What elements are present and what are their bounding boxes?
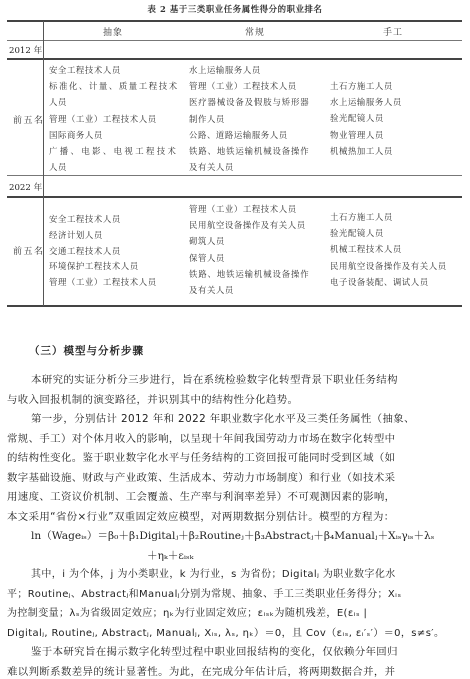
text-line: 鉴于本研究旨在揭示数字化转型过程中职业回报结构的变化，仅依赖分年回归 — [7, 643, 463, 663]
text-line: 本研究的实证分析分三步进行，旨在系统检验数字化转型背景下职业任务结构 — [7, 371, 463, 391]
text-line: 其中，i 为个体，j 为小类职业，k 为行业，s 为省份；Digitalⱼ 为职… — [7, 565, 463, 585]
list-item: 安全工程技术人员 — [49, 212, 157, 228]
text-line: 难以判断系数差异的统计显著性。为此，在完成分年估计后，将两期数据合并，并 — [7, 663, 463, 679]
list-item: 保管人员 — [189, 250, 310, 266]
table-caption: 表 2 基于三类职业任务属性得分的职业排名 — [0, 3, 470, 15]
list-item: 环境保护工程技术人员 — [49, 259, 157, 275]
text-line: 平；Routineⱼ、Abstractⱼ和Manualⱼ分别为常规、抽象、手工三… — [7, 585, 463, 605]
list-item: 铁路、地铁运输机械设备操作 — [189, 143, 310, 159]
paragraph-1: 本研究的实证分析分三步进行，旨在系统检验数字化转型背景下职业任务结构 与收入回报… — [7, 371, 463, 410]
list-item: 铁路、地铁运输机械设备操作 — [189, 266, 310, 282]
table-top-rule — [7, 20, 462, 22]
year-2012-rule — [7, 58, 462, 60]
list-item: 公路、道路运输服务人员 — [189, 127, 310, 143]
header-routine: 常规 — [245, 25, 265, 38]
list-item: 管理（工业）工程技术人员 — [189, 201, 310, 217]
list-item: 交通工程技术人员 — [49, 244, 157, 260]
text-line: Digitalⱼ, Routineⱼ, Abstractⱼ, Manualⱼ, … — [7, 624, 463, 644]
list-item: 国际商务人员 — [49, 127, 179, 143]
cell-2012-routine: 水上运输服务人员 管理（工业）工程技术人员 医疗器械设备及假肢与矫形器 制作人员… — [189, 62, 310, 175]
list-item: 标准化、计量、质量工程技术 — [49, 78, 179, 94]
list-item: 医疗器械设备及假肢与矫形器 — [189, 94, 310, 110]
list-item: 管理（工业）工程技术人员 — [49, 111, 179, 127]
list-item: 经济计划人员 — [49, 228, 157, 244]
cell-2022-routine: 管理（工业）工程技术人员 民用航空设备操作及有关人员 砌筑人员 保管人员 铁路、… — [189, 201, 310, 298]
list-item: 验光配镜人员 — [330, 110, 402, 126]
text-line: 与收入回报机制的演变路径，并识别其中的结构性分化趋势。 — [7, 391, 463, 411]
list-item: 电子设备装配、调试人员 — [330, 274, 447, 290]
section-heading: （三）模型与分析步骤 — [29, 343, 144, 358]
list-item: 物业管理人员 — [330, 127, 402, 143]
list-item: 及有关人员 — [189, 282, 310, 298]
equation-line-1: ln（Wageᵢₛ）＝β₀＋β₁Digitalⱼ＋β₂Routineⱼ＋β₃Ab… — [31, 528, 434, 543]
list-item: 水上运输服务人员 — [189, 62, 310, 78]
list-item: 制作人员 — [189, 111, 310, 127]
header-manual: 手工 — [383, 25, 403, 38]
list-item: 砌筑人员 — [189, 233, 310, 249]
header-abstract: 抽象 — [103, 25, 123, 38]
list-item: 人员 — [49, 94, 179, 110]
row-label-top5-2012: 前五名 — [13, 113, 45, 126]
text-line: 常规、手工）对个体月收入的影响，以呈现十年间我国劳动力市场在数字化转型中 — [7, 430, 463, 450]
table-column-divider — [43, 21, 44, 306]
list-item: 及有关人员 — [189, 159, 310, 175]
paragraph-2: 第一步，分别估计 2012 年和 2022 年职业数字化水平及三类任务属性（抽象… — [7, 410, 463, 528]
list-item: 人员 — [49, 159, 179, 175]
list-item: 水上运输服务人员 — [330, 94, 402, 110]
text-line: 为控制变量；λₛ为省级固定效应；ηₖ为行业固定效应；εᵢₛₖ为随机残差，E(εᵢ… — [7, 604, 463, 624]
header-rule — [7, 40, 462, 41]
row-label-top5-2022: 前五名 — [13, 244, 45, 257]
list-item: 管理（工业）工程技术人员 — [189, 78, 310, 94]
text-line: 第一步，分别估计 2012 年和 2022 年职业数字化水平及三类任务属性（抽象… — [7, 410, 463, 430]
year-label-2012: 2012 年 — [9, 44, 42, 56]
list-item: 民用航空设备操作及有关人员 — [189, 217, 310, 233]
text-line: 用速度、工资议价机制、工会覆盖、生产率与利润率差异）不可观测因素的影响， — [7, 488, 463, 508]
list-item: 土石方施工人员 — [330, 209, 447, 225]
paragraph-4: 鉴于本研究旨在揭示数字化转型过程中职业回报结构的变化，仅依赖分年回归 难以判断系… — [7, 643, 463, 679]
cell-2022-abstract: 安全工程技术人员 经济计划人员 交通工程技术人员 环境保护工程技术人员 管理（工… — [49, 212, 157, 291]
list-item: 民用航空设备操作及有关人员 — [330, 258, 447, 274]
paragraph-3: 其中，i 为个体，j 为小类职业，k 为行业，s 为省份；Digitalⱼ 为职… — [7, 565, 463, 643]
list-item: 机械热加工人员 — [330, 143, 402, 159]
text-line: 本文采用“省份×行业”双重固定效应模型，对两期数据分别估计。模型的方程为： — [7, 508, 463, 528]
text-line: 数字基础设施、财政与产业政策、生活成本、劳动力市场制度）和行业（如技术采 — [7, 469, 463, 489]
list-item: 安全工程技术人员 — [49, 62, 179, 78]
cell-2022-manual: 土石方施工人员 验光配镜人员 机械工程技术人员 民用航空设备操作及有关人员 电子… — [330, 209, 447, 290]
year-2022-rule — [7, 196, 462, 198]
list-item: 机械工程技术人员 — [330, 241, 447, 257]
cell-2012-abstract: 安全工程技术人员 标准化、计量、质量工程技术 人员 管理（工业）工程技术人员 国… — [49, 62, 179, 175]
list-item: 验光配镜人员 — [330, 225, 447, 241]
equation-line-2: ＋ηₖ＋εᵢₛₖ — [147, 548, 193, 563]
list-item: 广播、电影、电视工程技术 — [49, 143, 179, 159]
year-label-2022: 2022 年 — [9, 181, 42, 193]
text-line: 的结构性变化。鉴于职业数字化水平与任务结构的工资回报可能同时受到区域（如 — [7, 449, 463, 469]
list-item: 管理（工业）工程技术人员 — [49, 275, 157, 291]
cell-2012-manual: 土石方施工人员 水上运输服务人员 验光配镜人员 物业管理人员 机械热加工人员 — [330, 78, 402, 159]
list-item: 土石方施工人员 — [330, 78, 402, 94]
table-bottom-rule — [7, 305, 462, 307]
